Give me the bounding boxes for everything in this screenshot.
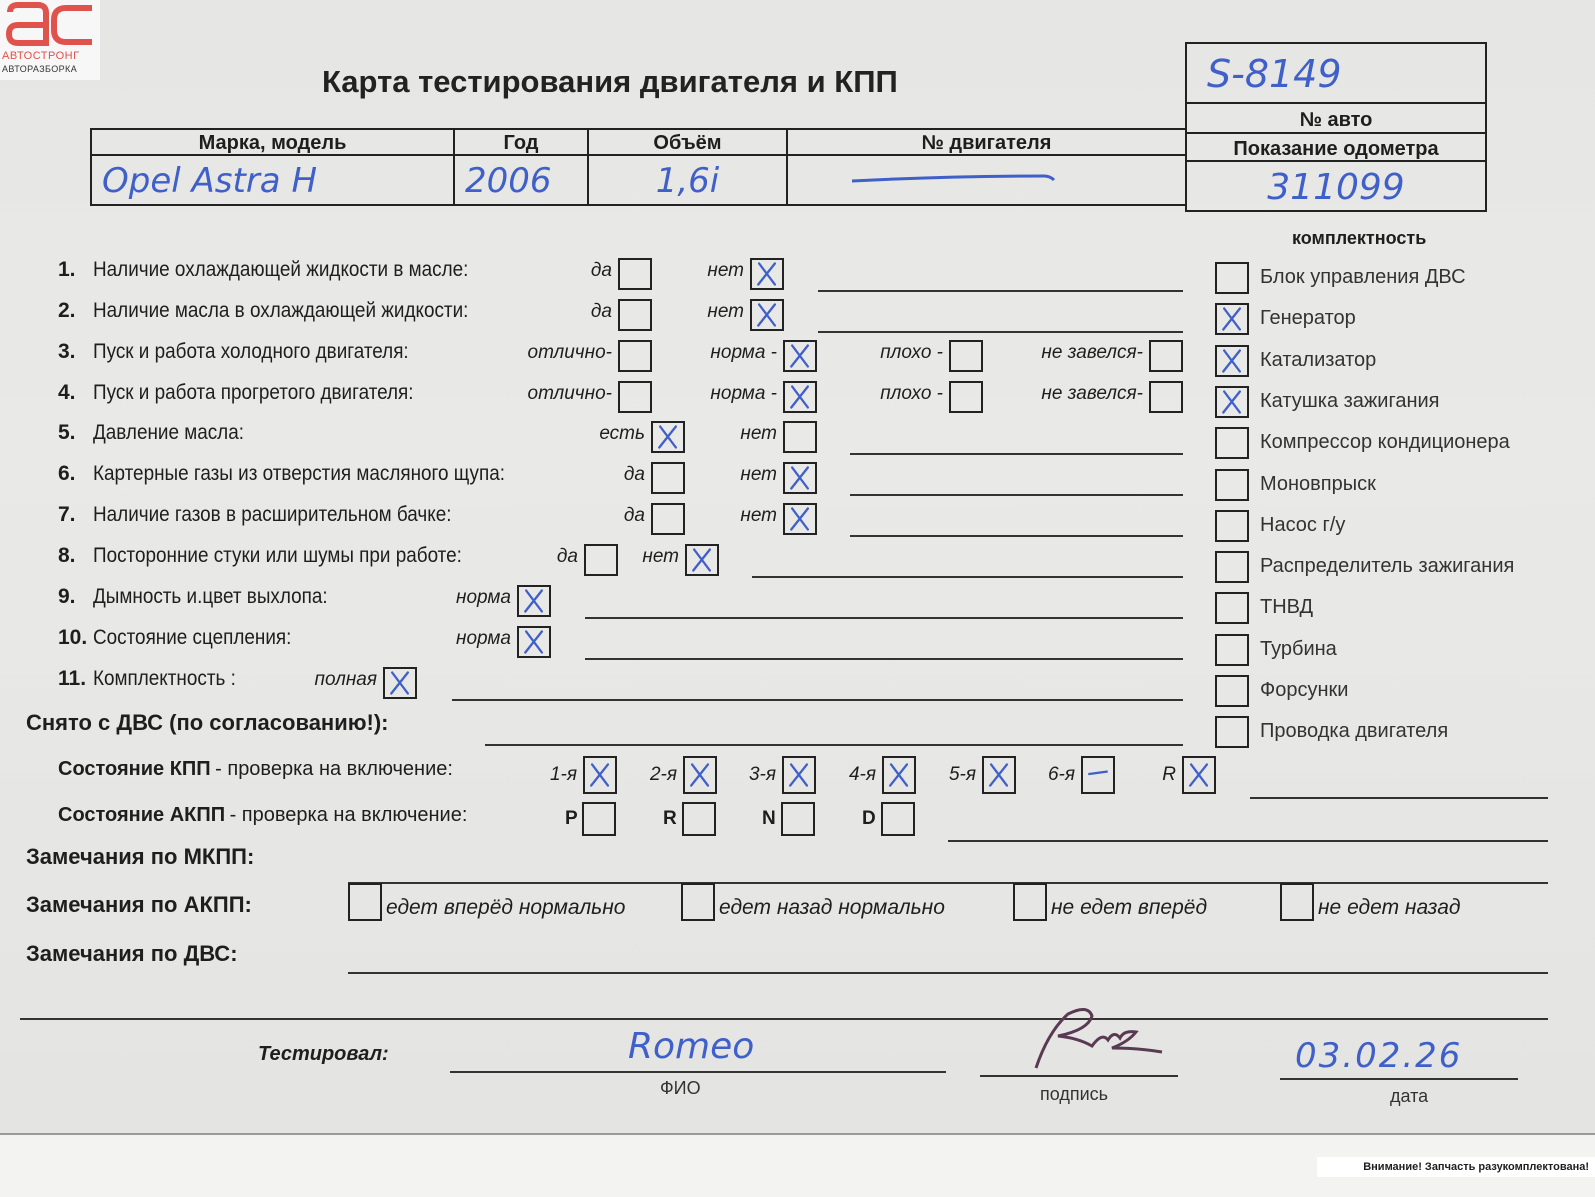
option-checkbox[interactable] — [783, 503, 817, 535]
mkpp-remarks-line[interactable] — [348, 882, 1548, 884]
option-label: норма — [420, 628, 511, 650]
brand-model-value[interactable]: Opel Astra H — [92, 158, 453, 204]
volume-value[interactable]: 1,6i — [589, 158, 786, 204]
notes-line[interactable] — [850, 453, 1183, 455]
option-label: плохо - — [860, 383, 943, 405]
logo: АВТОСТРОНГ АВТОРАЗБОРКА — [0, 0, 100, 80]
question-text: Давление масла: — [93, 421, 244, 445]
completeness-item-label: Насос г/у — [1260, 514, 1345, 537]
check-x-icon — [385, 669, 415, 697]
logo-name: АВТОСТРОНГ — [2, 50, 80, 62]
check-x-icon — [785, 383, 815, 411]
question-text: Пуск и работа прогретого двигателя: — [93, 381, 414, 405]
option-checkbox[interactable] — [1149, 381, 1183, 413]
completeness-checkbox[interactable] — [1215, 634, 1249, 666]
option-checkbox[interactable] — [618, 299, 652, 331]
name-caption: ФИО — [660, 1078, 701, 1099]
check-x-icon — [752, 260, 782, 288]
option-checkbox[interactable] — [685, 544, 719, 576]
completeness-title: комплектность — [1292, 228, 1426, 249]
question-number: 9. — [58, 585, 76, 609]
question-text: Состояние сцепления: — [93, 626, 291, 650]
gear-label: R — [1147, 764, 1176, 786]
option-checkbox[interactable] — [783, 340, 817, 372]
option-label: не завелся- — [1015, 342, 1143, 364]
kpp-remarks-line[interactable] — [1250, 797, 1548, 799]
completeness-item-label: Проводка двигателя — [1260, 720, 1448, 743]
akpp-remarks-line[interactable] — [948, 840, 1548, 842]
check-x-icon — [1217, 305, 1247, 333]
notes-line[interactable] — [850, 535, 1183, 537]
check-x-icon — [1217, 388, 1247, 416]
check-x-icon — [687, 546, 717, 574]
logo-subtitle: АВТОРАЗБОРКА — [2, 64, 77, 74]
option-label: нет — [700, 423, 777, 445]
gear-checkbox[interactable] — [583, 756, 617, 794]
completeness-checkbox[interactable] — [1215, 551, 1249, 583]
warning-banner: Внимание! Запчасть разукомплектована! — [1317, 1157, 1595, 1177]
option-label: не завелся- — [1015, 383, 1143, 405]
question-number: 1. — [58, 258, 76, 282]
completeness-item-label: Катушка зажигания — [1260, 390, 1440, 413]
option-label: норма — [420, 587, 511, 609]
question-number: 6. — [58, 462, 76, 486]
page-title: Карта тестирования двигателя и КПП — [322, 64, 898, 100]
option-label: да — [600, 464, 645, 486]
odometer-value[interactable]: 311099 — [1187, 164, 1485, 210]
brand-model-cell: Марка, модель Opel Astra H — [92, 130, 455, 204]
engine-number-cell: № двигателя — [788, 130, 1185, 204]
completeness-checkbox[interactable] — [1215, 469, 1249, 501]
check-x-icon — [984, 758, 1014, 792]
completeness-item-label: Катализатор — [1260, 349, 1376, 372]
akpp-title: Состояние АКПП — [58, 804, 225, 826]
option-label: норма - — [700, 383, 777, 405]
signature-line — [980, 1075, 1178, 1077]
gear-label: 3-я — [734, 764, 776, 786]
akpp-remark-checkbox[interactable] — [681, 883, 715, 921]
option-label: отлично- — [490, 383, 612, 405]
completeness-checkbox[interactable] — [1215, 386, 1249, 418]
option-label: плохо - — [860, 342, 943, 364]
completeness-checkbox[interactable] — [1215, 427, 1249, 459]
year-cell: Год 2006 — [455, 130, 589, 204]
question-text: Комплектность : — [93, 667, 236, 691]
dvs-remarks-line[interactable] — [348, 972, 1548, 974]
option-checkbox[interactable] — [383, 667, 417, 699]
check-x-icon — [785, 342, 815, 370]
dvs-remarks-label: Замечания по ДВС: — [26, 941, 238, 967]
option-checkbox[interactable] — [949, 340, 983, 372]
option-checkbox[interactable] — [651, 421, 685, 453]
check-x-icon — [785, 464, 815, 492]
akpp-remark-label: не едет назад — [1318, 896, 1460, 920]
option-label: нет — [610, 546, 679, 568]
volume-cell: Объём 1,6i — [589, 130, 788, 204]
odometer-label: Показание одометра — [1187, 136, 1485, 162]
check-x-icon — [653, 423, 683, 451]
option-checkbox[interactable] — [517, 626, 551, 658]
option-checkbox[interactable] — [618, 258, 652, 290]
option-label: нет — [700, 260, 744, 282]
option-label: отлично- — [490, 342, 612, 364]
akpp-gear-label: R — [663, 808, 677, 830]
akpp-remarks-label: Замечания по АКПП: — [26, 892, 252, 918]
option-checkbox[interactable] — [618, 381, 652, 413]
completeness-item-label: Генератор — [1260, 307, 1356, 330]
akpp-gear-checkbox[interactable] — [682, 802, 716, 836]
question-text: Наличие охлаждающей жидкости в масле: — [93, 258, 468, 282]
akpp-remark-checkbox[interactable] — [1280, 883, 1314, 921]
gear-label: 4-я — [834, 764, 876, 786]
completeness-checkbox[interactable] — [1215, 716, 1249, 748]
option-checkbox[interactable] — [949, 381, 983, 413]
akpp-gear-label: D — [862, 808, 876, 830]
gear-label: 5-я — [934, 764, 976, 786]
option-label: да — [600, 505, 645, 527]
notes-line[interactable] — [585, 617, 1183, 619]
question-number: 4. — [58, 381, 76, 405]
akpp-remark-checkbox[interactable] — [1013, 883, 1047, 921]
option-label: есть — [560, 423, 645, 445]
completeness-checkbox[interactable] — [1215, 592, 1249, 624]
check-x-icon — [1217, 347, 1247, 375]
option-checkbox[interactable] — [750, 299, 784, 331]
question-number: 10. — [58, 626, 87, 650]
check-x-icon — [585, 758, 615, 792]
question-number: 3. — [58, 340, 76, 364]
gear-checkbox[interactable] — [683, 756, 717, 794]
volume-label: Объём — [589, 130, 786, 156]
question-number: 11. — [58, 667, 86, 691]
mkpp-remarks-label: Замечания по МКПП: — [26, 844, 254, 870]
notes-line[interactable] — [452, 699, 1183, 701]
signature-caption: подпись — [1040, 1084, 1108, 1105]
question-text: Наличие масла в охлаждающей жидкости: — [93, 299, 468, 323]
akpp-remark-checkbox[interactable] — [348, 883, 382, 921]
date-line — [1280, 1078, 1518, 1080]
akpp-gear-checkbox[interactable] — [582, 802, 616, 836]
check-x-icon — [752, 301, 782, 329]
kpp-subtitle: - проверка на включение: — [215, 758, 453, 780]
year-value[interactable]: 2006 — [455, 158, 587, 204]
akpp-heading: Состояние АКПП - проверка на включение: — [58, 804, 467, 827]
date-value[interactable]: 03.02.26 — [1295, 1036, 1462, 1076]
completeness-checkbox[interactable] — [1215, 675, 1249, 707]
gear-checkbox[interactable] — [782, 756, 816, 794]
gear-checkbox[interactable] — [1081, 756, 1115, 794]
completeness-item-label: Компрессор кондиционера — [1260, 431, 1510, 454]
option-checkbox[interactable] — [750, 258, 784, 290]
check-x-icon — [1184, 758, 1214, 792]
notes-line[interactable] — [752, 576, 1183, 578]
completeness-item-label: Моновпрыск — [1260, 473, 1376, 496]
option-checkbox[interactable] — [517, 585, 551, 617]
gear-checkbox[interactable] — [982, 756, 1016, 794]
akpp-gear-label: P — [565, 808, 578, 830]
kpp-title: Состояние КПП — [58, 758, 211, 780]
option-checkbox[interactable] — [783, 381, 817, 413]
check-x-icon — [784, 758, 814, 792]
gear-label: 2-я — [634, 764, 677, 786]
option-checkbox[interactable] — [783, 462, 817, 494]
completeness-item-label: Форсунки — [1260, 679, 1348, 702]
question-text: Пуск и работа холодного двигателя: — [93, 340, 409, 364]
completeness-item-label: Турбина — [1260, 638, 1337, 661]
completeness-checkbox[interactable] — [1215, 262, 1249, 294]
question-number: 5. — [58, 421, 76, 445]
question-text: Наличие газов в расширительном бачке: — [93, 503, 451, 527]
completeness-checkbox[interactable] — [1215, 510, 1249, 542]
question-text: Дымность и.цвет выхлопа: — [93, 585, 328, 609]
option-checkbox[interactable] — [783, 421, 817, 453]
name-line — [450, 1071, 946, 1073]
brand-model-label: Марка, модель — [92, 130, 453, 156]
question-number: 2. — [58, 299, 76, 323]
option-label: да — [530, 546, 578, 568]
question-number: 7. — [58, 503, 76, 527]
gear-label: 1-я — [535, 764, 577, 786]
option-label: нет — [700, 505, 777, 527]
completeness-item-label: Блок управления ДВС — [1260, 266, 1466, 289]
tested-by-label: Тестировал: — [258, 1043, 389, 1066]
option-label: нет — [700, 464, 777, 486]
option-checkbox[interactable] — [651, 503, 685, 535]
akpp-subtitle: - проверка на включение: — [230, 804, 468, 826]
question-number: 8. — [58, 544, 76, 568]
removed-label: Снято с ДВС (по согласованию!): — [26, 710, 389, 736]
completeness-checkbox[interactable] — [1215, 303, 1249, 335]
dvs-remarks-line-2[interactable] — [20, 1018, 1548, 1020]
option-label: полная — [300, 669, 377, 691]
option-label: да — [560, 260, 612, 282]
akpp-remark-label: едет назад нормально — [719, 896, 945, 920]
notes-line[interactable] — [818, 331, 1183, 333]
option-checkbox[interactable] — [1149, 340, 1183, 372]
completeness-checkbox[interactable] — [1215, 345, 1249, 377]
option-label: норма - — [700, 342, 777, 364]
logo-ac-icon — [4, 2, 96, 46]
dash-mark-icon — [1083, 758, 1113, 792]
auto-number-box: S-8149 № авто Показание одометра 311099 — [1185, 42, 1487, 212]
completeness-item-label: Распределитель зажигания — [1260, 555, 1514, 578]
option-checkbox[interactable] — [651, 462, 685, 494]
kpp-heading: Состояние КПП - проверка на включение: — [58, 758, 453, 781]
vehicle-info-table: Марка, модель Opel Astra H Год 2006 Объё… — [90, 128, 1187, 206]
akpp-remark-label: не едет вперёд — [1051, 896, 1207, 920]
removed-line[interactable] — [485, 744, 1183, 746]
akpp-gear-label: N — [762, 808, 776, 830]
akpp-remark-label: едет вперёд нормально — [386, 896, 625, 920]
question-text: Картерные газы из отверстия масляного щу… — [93, 462, 505, 486]
engine-number-value[interactable] — [788, 158, 1185, 204]
akpp-gear-checkbox[interactable] — [781, 802, 815, 836]
check-x-icon — [519, 628, 549, 656]
completeness-item-label: ТНВД — [1260, 596, 1313, 619]
notes-line[interactable] — [585, 658, 1183, 660]
notes-line[interactable] — [818, 290, 1183, 292]
check-x-icon — [685, 758, 715, 792]
akpp-gear-checkbox[interactable] — [881, 802, 915, 836]
date-caption: дата — [1390, 1086, 1428, 1107]
question-text: Посторонние стуки или шумы при работе: — [93, 544, 462, 568]
signature-icon[interactable] — [1028, 1002, 1168, 1074]
tester-name[interactable]: Romeo — [628, 1026, 754, 1067]
gear-checkbox[interactable] — [882, 756, 916, 794]
check-x-icon — [785, 505, 815, 533]
gear-checkbox[interactable] — [1182, 756, 1216, 794]
notes-line[interactable] — [850, 494, 1183, 496]
option-checkbox[interactable] — [618, 340, 652, 372]
gear-label: 6-я — [1033, 764, 1075, 786]
engine-number-label: № двигателя — [788, 130, 1185, 156]
auto-number-value[interactable]: S-8149 — [1187, 44, 1485, 104]
check-x-icon — [884, 758, 914, 792]
option-label: да — [560, 301, 612, 323]
option-label: нет — [700, 301, 744, 323]
auto-number-label: № авто — [1187, 106, 1485, 134]
check-x-icon — [519, 587, 549, 615]
year-label: Год — [455, 130, 587, 156]
dash-stroke-icon — [848, 170, 1058, 186]
